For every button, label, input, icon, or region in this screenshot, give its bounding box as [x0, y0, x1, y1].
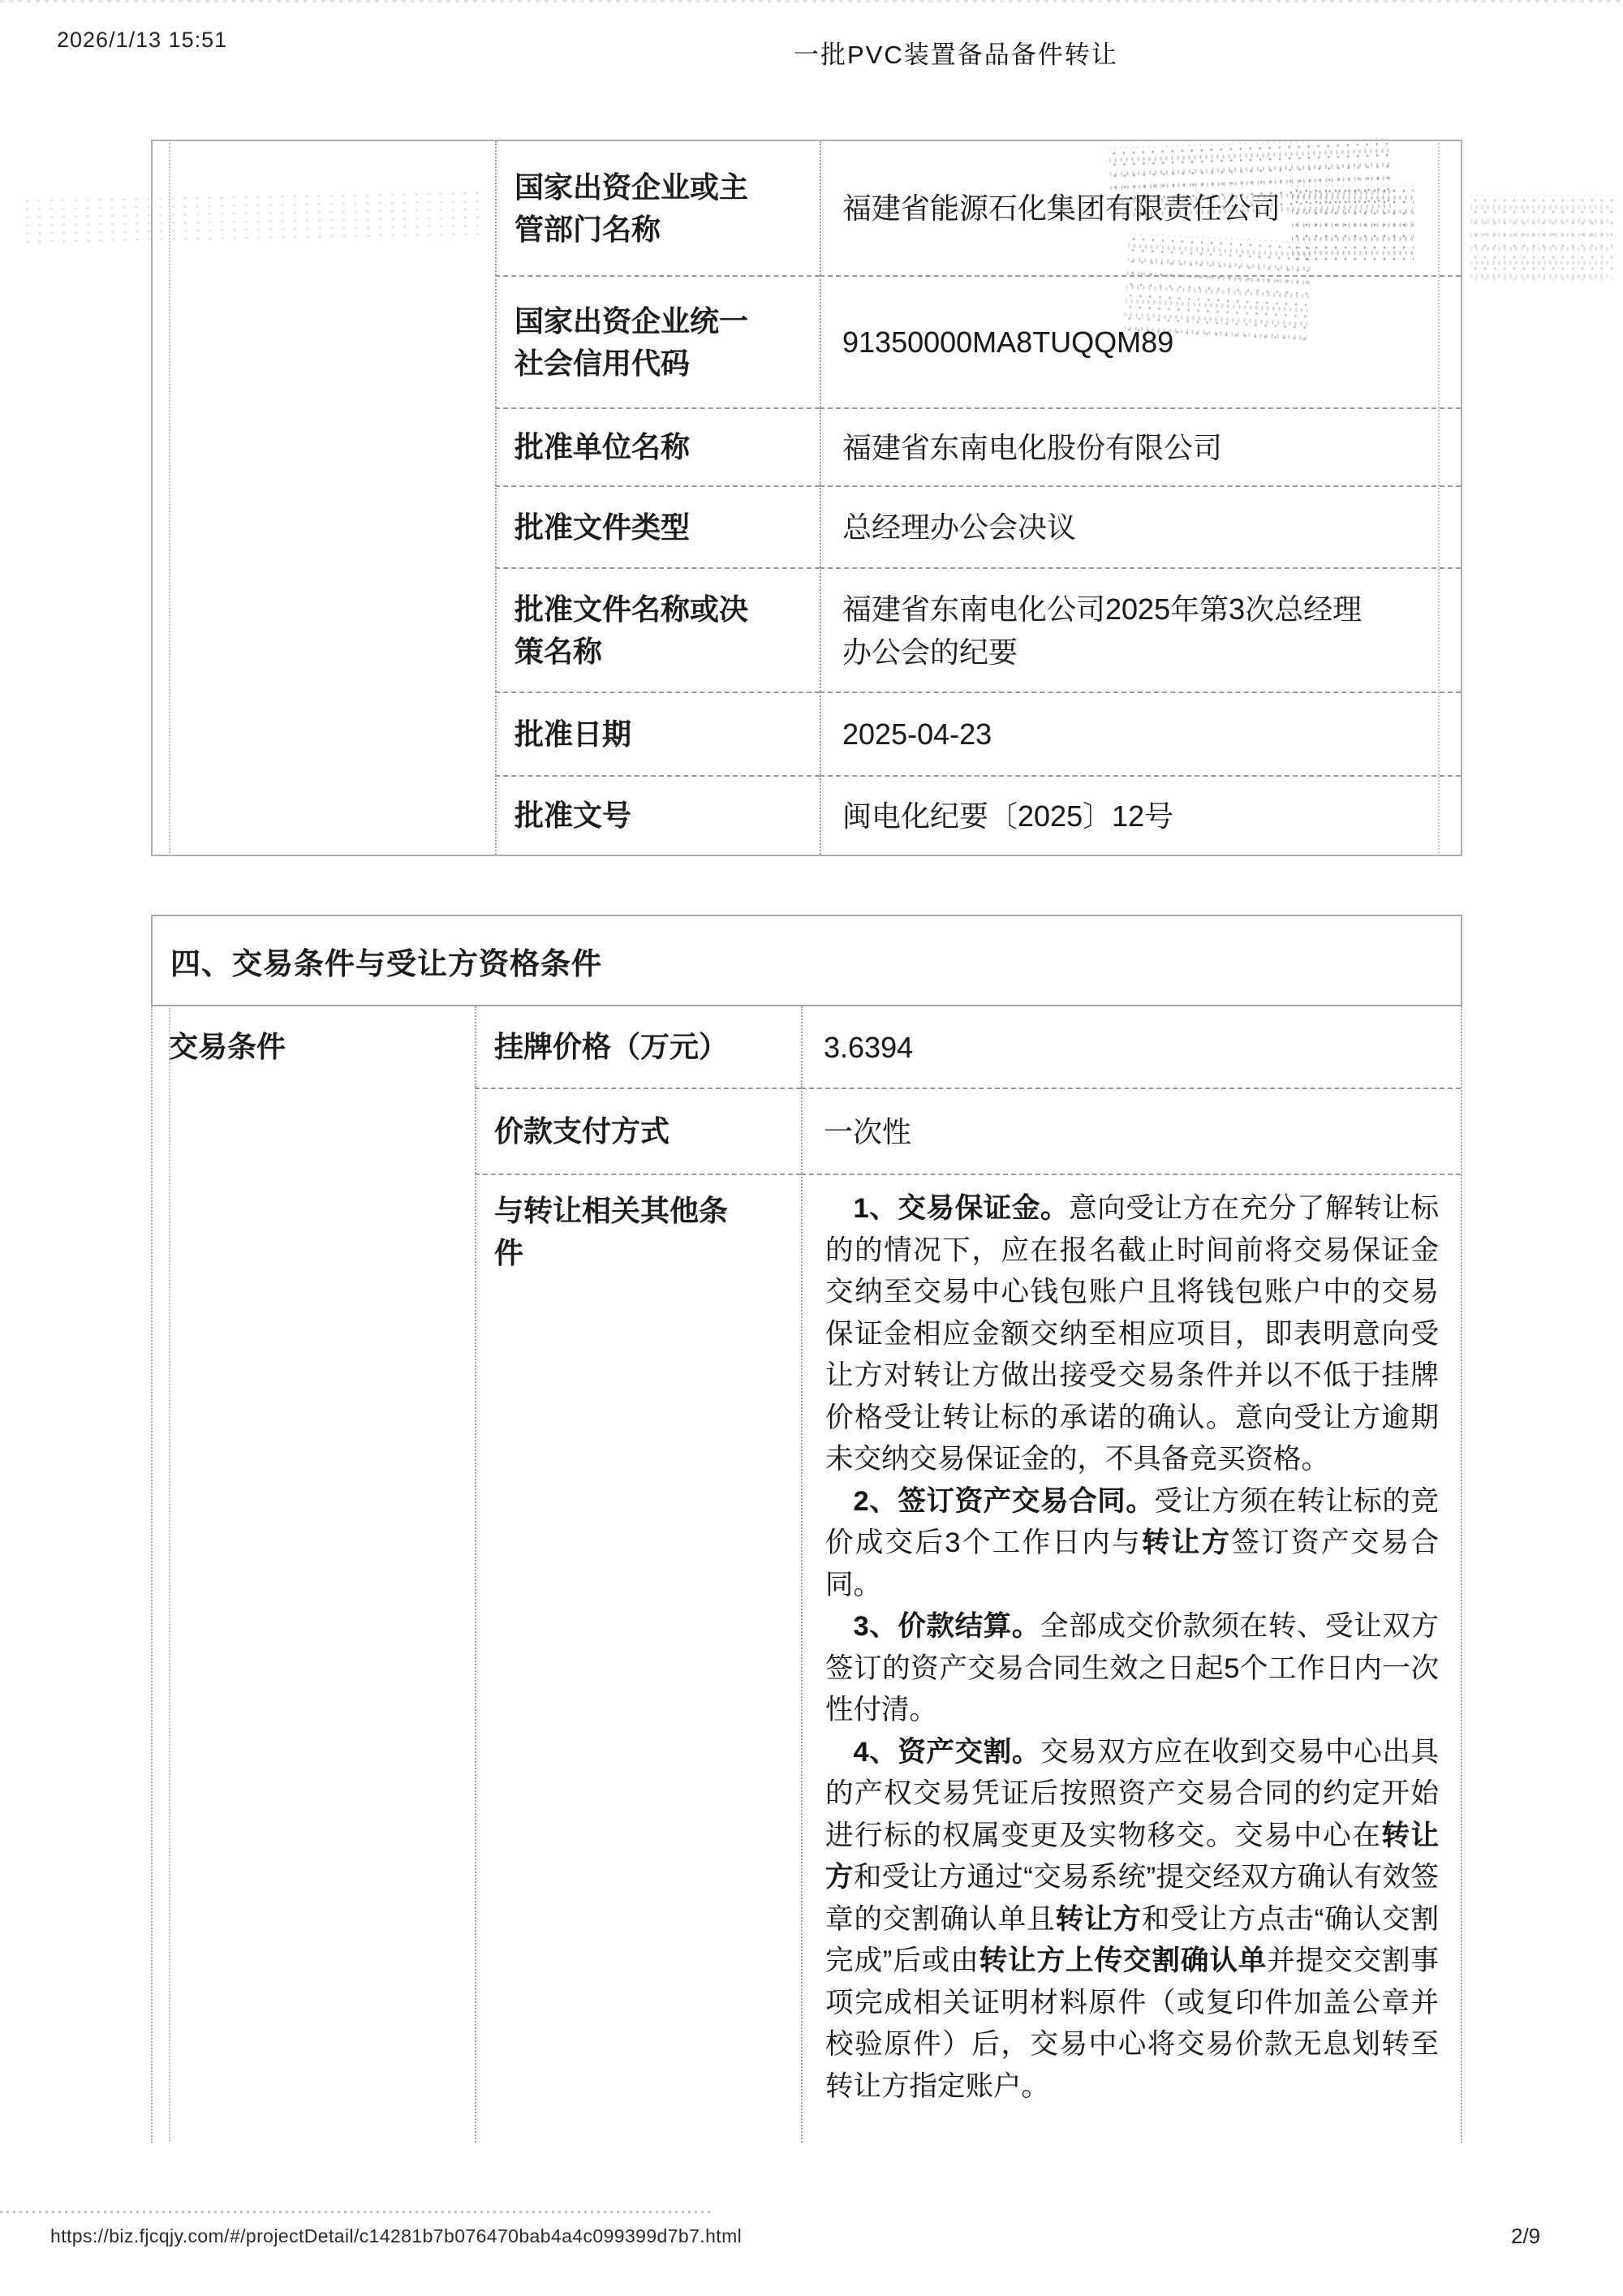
row-label-approval-doc-type: 批准文件类型 [495, 485, 820, 567]
terms-paragraph: 3、价款结算。全部成交价款须在转、受让双方签订的资产交易合同生效之日起5个工作日… [825, 1606, 1439, 1732]
row-value-state-funded-enterprise: 福建省能源石化集团有限责任公司 [820, 141, 1461, 275]
approval-info-grid: 国家出资企业或主 管部门名称 福建省能源石化集团有限责任公司 国家出资企业统一 … [153, 141, 1461, 855]
row-value-approval-date: 2025-04-23 [820, 691, 1461, 775]
row-value-credit-code: 91350000MA8TUQQM89 [820, 275, 1461, 407]
terms-paragraph: 2、签订资产交易合同。受让方须在转让标的竞价成交后3个工作日内与转让方签订资产交… [825, 1481, 1439, 1607]
row-label-approval-date: 批准日期 [495, 691, 820, 775]
rowgroup-header-trading-conditions: 交易条件 [153, 1006, 475, 2143]
row-label-state-funded-enterprise: 国家出资企业或主 管部门名称 [495, 141, 820, 275]
scan-edge-artifact [0, 0, 1623, 2]
rowgroup-cell-empty [153, 141, 495, 855]
row-label-payment-method: 价款支付方式 [475, 1088, 801, 1174]
scan-line-artifact [0, 2211, 714, 2213]
terms-paragraph: 4、资产交割。交易双方应在收到交易中心出具的产权交易凭证后按照资产交易合同的约定… [825, 1732, 1439, 2109]
print-header-doc-title: 一批PVC装置备品备件转让 [794, 34, 1118, 71]
print-footer-url: https://biz.fjcqjy.com/#/projectDetail/c… [50, 2225, 742, 2247]
conditions-grid: 交易条件 挂牌价格（万元） 3.6394 价款支付方式 一次性 与转让相关其他条… [153, 1006, 1461, 2143]
row-label-approval-doc-name: 批准文件名称或决 策名称 [495, 567, 820, 691]
row-value-approval-number: 闽电化纪要〔2025〕12号 [820, 775, 1461, 855]
row-label-credit-code: 国家出资企业统一 社会信用代码 [495, 275, 820, 407]
row-label-approving-unit: 批准单位名称 [495, 407, 820, 485]
row-value-other-transfer-terms: 1、交易保证金。意向受让方在充分了解转让标的的情况下，应在报名截止时间前将交易保… [801, 1174, 1461, 2143]
row-label-approval-number: 批准文号 [495, 775, 820, 855]
section-title-bar: 四、交易条件与受让方资格条件 [151, 915, 1462, 1006]
scanned-document-page: 2026/1/13 15:51 一批PVC装置备品备件转让 国家出资企业或主 管… [0, 0, 1623, 2296]
row-value-approving-unit: 福建省东南电化股份有限公司 [820, 407, 1461, 485]
row-value-approval-doc-name: 福建省东南电化公司2025年第3次总经理 办公会的纪要 [820, 567, 1461, 691]
row-value-listing-price: 3.6394 [801, 1006, 1461, 1088]
section-title: 四、交易条件与受让方资格条件 [153, 939, 602, 983]
row-label-listing-price: 挂牌价格（万元） [475, 1006, 801, 1088]
print-header-datetime: 2026/1/13 15:51 [57, 28, 227, 53]
row-value-payment-method: 一次性 [801, 1088, 1461, 1174]
approval-info-table: 国家出资企业或主 管部门名称 福建省能源石化集团有限责任公司 国家出资企业统一 … [151, 140, 1462, 856]
row-value-approval-doc-type: 总经理办公会决议 [820, 485, 1461, 567]
other-terms-text: 1、交易保证金。意向受让方在充分了解转让标的的情况下，应在报名截止时间前将交易保… [825, 1188, 1439, 2108]
row-label-other-transfer-terms: 与转让相关其他条 件 [475, 1174, 801, 2143]
terms-paragraph: 1、交易保证金。意向受让方在充分了解转让标的的情况下，应在报名截止时间前将交易保… [825, 1188, 1439, 1481]
print-footer-page-number: 2/9 [1511, 2224, 1540, 2249]
scan-smudge-right-margin [1470, 195, 1612, 280]
conditions-table: 交易条件 挂牌价格（万元） 3.6394 价款支付方式 一次性 与转让相关其他条… [151, 1006, 1462, 2143]
